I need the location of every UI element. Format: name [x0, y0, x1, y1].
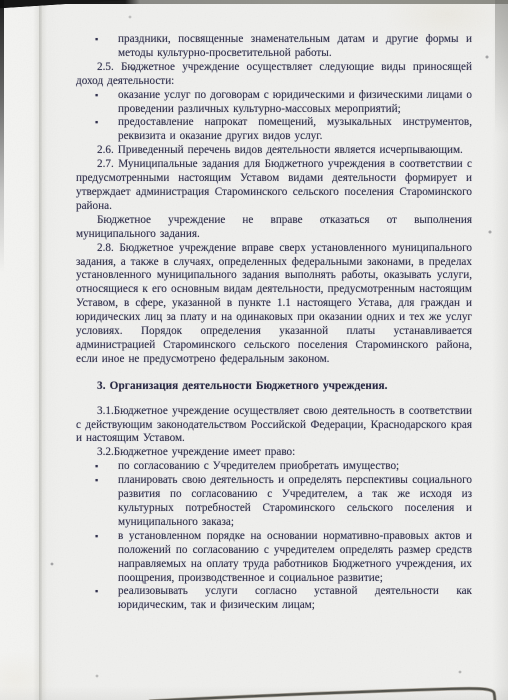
bullet-item-holidays: ▪ праздники, посвященные знаменательным …: [76, 33, 472, 61]
para-2-7-continuation: Бюджетное учреждение не вправе отказатьс…: [76, 214, 472, 242]
scan-right-edge: [495, 0, 508, 135]
para-2-5: 2.5. Бюджетное учреждение осуществляет с…: [76, 61, 472, 89]
bullet-text: праздники, посвященные знаменательным да…: [118, 33, 472, 59]
bullet-square-icon: ▪: [95, 585, 98, 599]
bullet-square-icon: ▪: [95, 460, 98, 474]
bullet-text: в установленном порядке на основании нор…: [118, 530, 472, 584]
para-2-7: 2.7. Муниципальные задания для Бюджетног…: [76, 158, 472, 214]
bullet-item-planning: ▪ планировать свою деятельность и опреде…: [76, 474, 472, 530]
bullet-square-icon: ▪: [95, 530, 98, 544]
bullet-text: оказание услуг по договорам с юридически…: [118, 89, 472, 115]
document-text: ▪ праздники, посвященные знаменательным …: [76, 33, 472, 613]
para-3-2: 3.2.Бюджетное учреждение имеет право:: [76, 446, 472, 460]
para-2-6: 2.6. Приведенный перечень видов деятельн…: [76, 144, 472, 158]
bullet-text: предоставление напрокат помещений, музык…: [118, 116, 472, 142]
bullet-text: реализовывать услуги согласно уставной д…: [118, 585, 472, 611]
bullet-square-icon: ▪: [95, 89, 98, 103]
fold-crease: [39, 0, 42, 700]
bullet-item-wage-funds: ▪ в установленном порядке на основании н…: [76, 530, 472, 586]
section-heading-3: 3. Организация деятельности Бюджетного у…: [76, 380, 472, 394]
bullet-square-icon: ▪: [95, 33, 98, 47]
scan-specks: [0, 0, 2, 2]
scanned-page: ▪ праздники, посвященные знаменательным …: [0, 0, 508, 700]
scan-left-edge: [0, 0, 4, 310]
bullet-text: по согласованию с Учредителем приобретат…: [118, 460, 399, 472]
para-2-8: 2.8. Бюджетное учреждение вправе сверх у…: [76, 242, 472, 367]
para-3-1: 3.1.Бюджетное учреждение осуществляет св…: [76, 405, 472, 447]
bullet-item-rental: ▪ предоставление напрокат помещений, муз…: [76, 116, 472, 144]
bullet-text: планировать свою деятельность и определя…: [118, 474, 472, 528]
bullet-item-acquire-property: ▪ по согласованию с Учредителем приобрет…: [76, 460, 472, 474]
bullet-item-sell-services: ▪ реализовывать услуги согласно уставной…: [76, 585, 472, 613]
bullet-square-icon: ▪: [95, 474, 98, 488]
bullet-item-services-contracts: ▪ оказание услуг по договорам с юридичес…: [76, 89, 472, 117]
scan-top-left-corner: [0, 0, 140, 9]
bullet-square-icon: ▪: [95, 116, 98, 130]
